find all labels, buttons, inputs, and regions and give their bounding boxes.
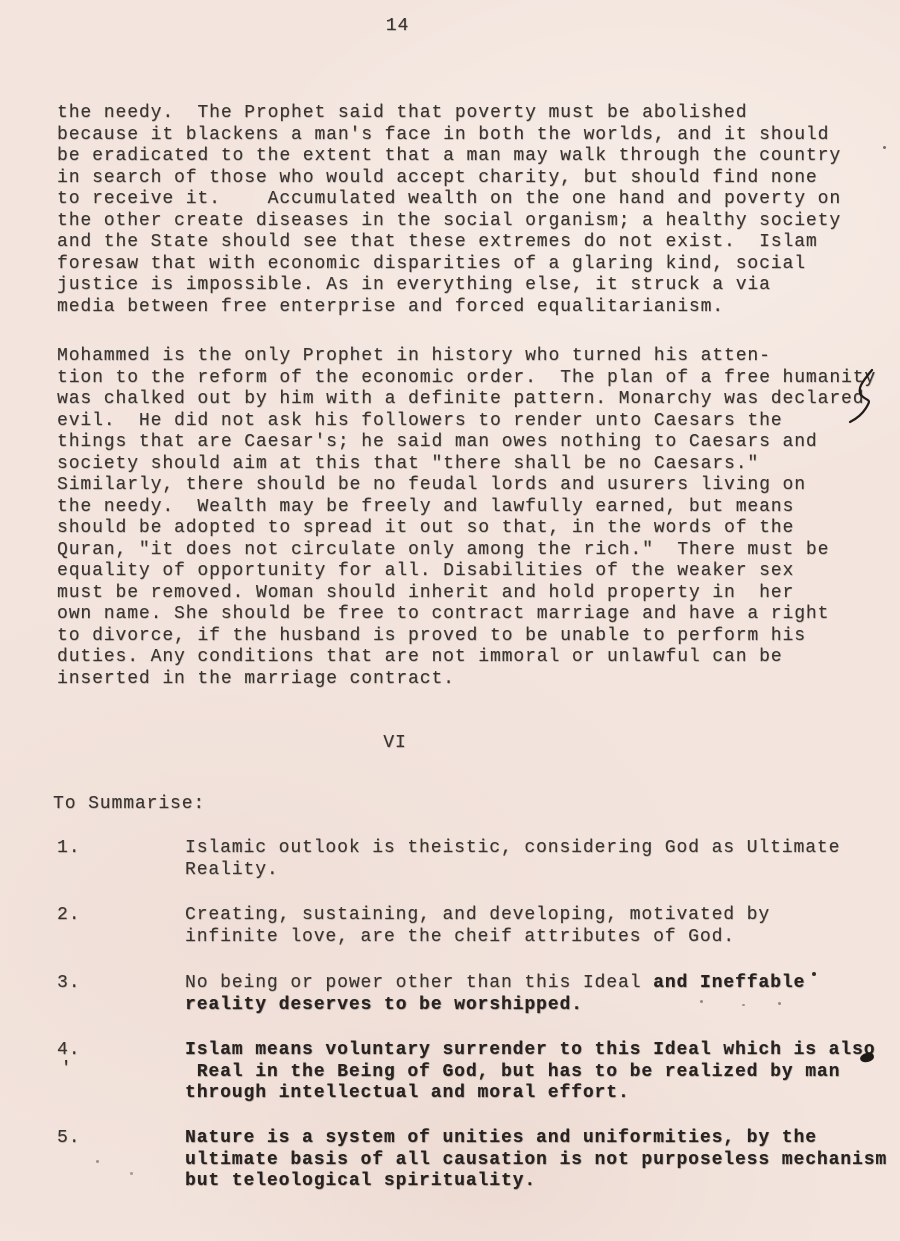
item-text: Islamic outlook is theistic, considering… [185, 838, 840, 881]
item-number: 1. [57, 838, 80, 860]
paragraph-economy: the needy. The Prophet said that poverty… [57, 103, 841, 318]
ink-speck [778, 1002, 781, 1005]
item-text: No being or power other than this Ideal … [185, 973, 805, 1016]
section-heading-vi: VI [0, 733, 790, 755]
item-text-normal: No being or power other than this Ideal [185, 973, 653, 993]
ink-speck [742, 1004, 745, 1006]
scanned-document-page: 14 the needy. The Prophet said that pove… [0, 0, 900, 1241]
ink-speck [700, 1000, 703, 1003]
ink-speck [96, 1160, 99, 1163]
item-number: 5. [57, 1128, 80, 1150]
item-number: 2. [57, 905, 80, 927]
item-text: Creating, sustaining, and developing, mo… [185, 905, 770, 948]
page-number: 14 [0, 16, 795, 38]
ink-speck [883, 146, 886, 149]
item-text: Nature is a system of unities and unifor… [185, 1128, 887, 1193]
stray-ink-mark: ' [61, 1058, 72, 1080]
paragraph-mohammed: Mohammed is the only Prophet in history … [57, 346, 876, 690]
ink-speck [812, 972, 816, 976]
item-number: 3. [57, 973, 80, 995]
ink-speck [130, 1172, 133, 1175]
item-text: Islam means voluntary surrender to this … [185, 1040, 875, 1105]
summary-heading: To Summarise: [53, 794, 205, 816]
